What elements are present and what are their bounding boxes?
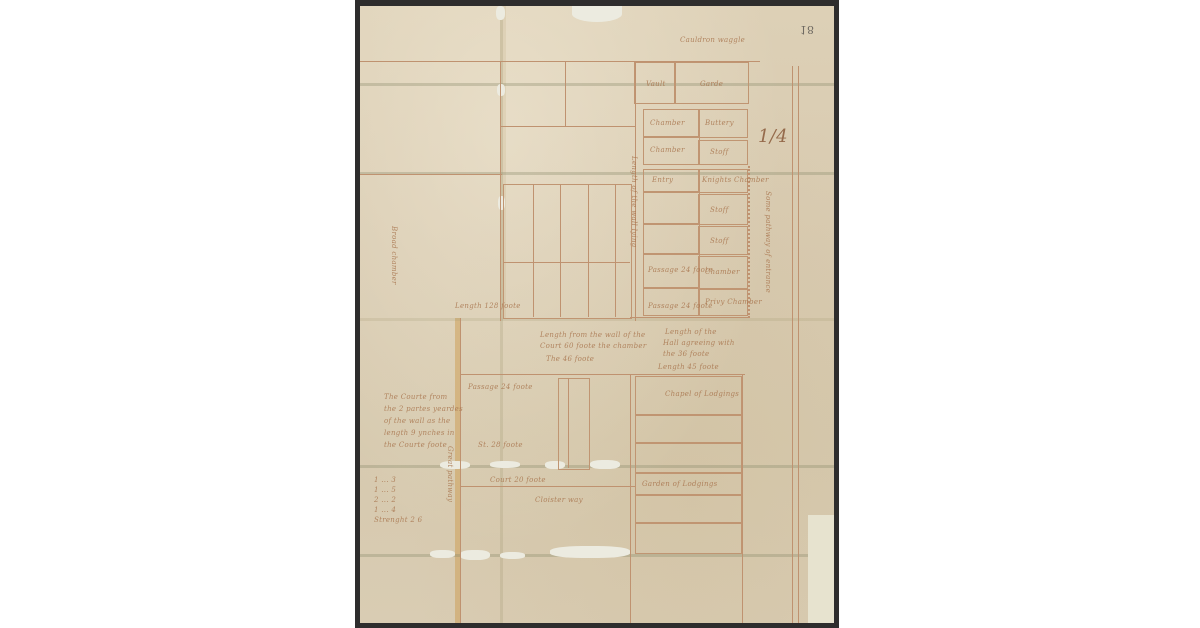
- plan-line: [615, 184, 616, 317]
- grid-label: Entry: [652, 176, 673, 184]
- paper-tear: [572, 6, 622, 22]
- lower-room: [635, 494, 742, 524]
- plan-line: [798, 66, 799, 623]
- manuscript-sheet[interactable]: 18 Cauldron waggle Vault Garde Chamber B…: [360, 6, 834, 623]
- wall-line: [748, 166, 750, 318]
- grid-label: Chamber: [650, 146, 685, 154]
- plan-line: [500, 61, 501, 321]
- grid-label: Stoff: [710, 237, 729, 245]
- lower-passage-label: Cloister way: [535, 496, 583, 504]
- paper-tear: [490, 461, 520, 468]
- grid-label: Passage 24 foote: [648, 266, 713, 274]
- grid-label: Buttery: [705, 119, 734, 127]
- lower-room-note: Chapel of Lodgings: [665, 390, 739, 398]
- right-note: Hall agreeing with: [663, 339, 735, 347]
- grid-label: Privy Chamber: [705, 298, 762, 306]
- plan-line: [588, 184, 589, 317]
- plan-line: [565, 61, 566, 126]
- center-note: The 46 foote: [546, 355, 594, 363]
- room-label-garde: Garde: [700, 80, 723, 88]
- lower-left-list-item: 1 ... 3: [374, 476, 396, 484]
- paper-tear: [460, 550, 490, 560]
- plan-line: [360, 174, 502, 175]
- folio-number: 18: [800, 23, 814, 36]
- plan-line: [500, 126, 635, 127]
- side-hall-label: St. 28 foote: [478, 441, 523, 449]
- right-note: Length of the: [665, 328, 717, 336]
- plan-line: [630, 317, 750, 318]
- plan-line: [460, 318, 461, 623]
- grid-label: Chamber: [705, 268, 740, 276]
- paper-tear: [500, 552, 525, 559]
- plan-line: [630, 374, 631, 623]
- lower-left-list-item: 2 ... 2: [374, 496, 396, 504]
- lower-hall-label: Length 45 foote: [658, 363, 719, 371]
- center-note: Length from the wall of the: [540, 331, 646, 339]
- paper-patch: [808, 515, 834, 623]
- fold-line-1: [360, 83, 834, 86]
- paper-tear: [440, 461, 470, 469]
- lower-left-note: of the wall as the: [384, 417, 450, 425]
- plan-line: [503, 262, 630, 263]
- vertical-street-label: Some pathway of entrance: [764, 191, 772, 293]
- lower-bottom-label: Court 20 foote: [490, 476, 546, 484]
- grid-label: Stoff: [710, 206, 729, 214]
- plan-line: [742, 374, 743, 623]
- grid-label: Chamber: [650, 119, 685, 127]
- grid-label: Passage 24 foote: [648, 302, 713, 310]
- lower-left-list-item: 1 ... 4: [374, 506, 396, 514]
- grid-cell: [643, 191, 700, 225]
- paper-tear: [496, 6, 505, 20]
- left-block-label: Broad chamber: [390, 226, 398, 285]
- paper-tear: [497, 84, 505, 96]
- lower-room: [635, 414, 742, 444]
- lower-left-list-item: Strenght 2 6: [374, 516, 422, 524]
- right-note: the 36 foote: [663, 350, 709, 358]
- lower-left-list-item: 1 ... 5: [374, 486, 396, 494]
- courtyard-grid: [503, 184, 632, 319]
- paper-tear: [590, 460, 620, 469]
- plan-line: [568, 378, 569, 468]
- document-viewer-frame: 18 Cauldron waggle Vault Garde Chamber B…: [355, 0, 839, 628]
- marginal-mark: 1/4: [758, 126, 788, 147]
- vertical-left-label: Great pathway: [446, 446, 454, 502]
- lower-room: [635, 522, 742, 554]
- paper-tear: [550, 546, 630, 558]
- lower-left-note: the 2 partes yeardes: [384, 405, 463, 413]
- lower-left-note: length 9 ynches in: [384, 429, 455, 437]
- lower-left-note: The Courte from: [384, 393, 447, 401]
- plan-line: [360, 61, 502, 62]
- lower-room: [635, 442, 742, 474]
- plan-line: [792, 66, 793, 623]
- lower-left-note: the Courte foote: [384, 441, 447, 449]
- plan-line: [533, 184, 534, 317]
- paper-tear: [430, 550, 455, 558]
- annotation-top-label: Cauldron waggle: [680, 36, 745, 44]
- plan-line: [460, 374, 745, 375]
- center-note: Court 60 foote the chamber: [540, 342, 647, 350]
- plan-line: [460, 486, 635, 487]
- lower-mid-label: Passage 24 foote: [468, 383, 533, 391]
- room-label-vault: Vault: [646, 80, 666, 88]
- grid-label: Stoff: [710, 148, 729, 156]
- plan-line: [560, 184, 561, 317]
- grid-cell: [643, 223, 700, 255]
- stair-block: [558, 378, 590, 470]
- right-lower-label: Garden of Lodgings: [642, 480, 718, 488]
- grid-label: Knights Chamber: [702, 176, 769, 184]
